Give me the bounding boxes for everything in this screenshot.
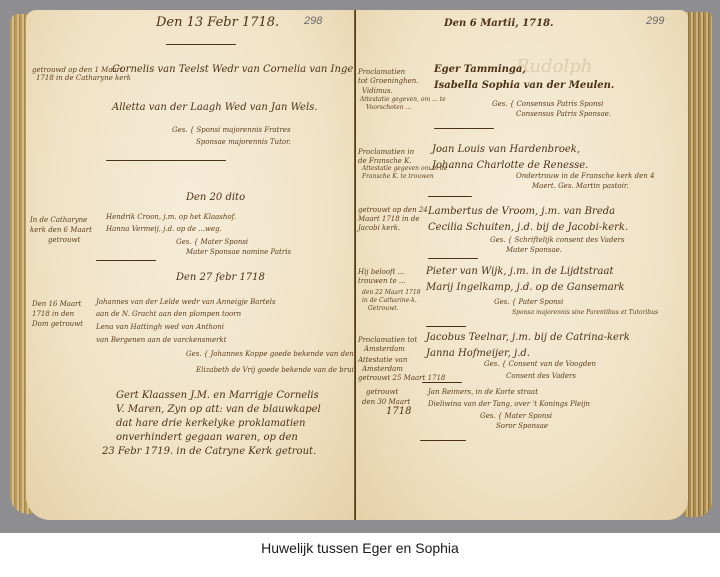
consent-line: Soror Sponsae — [496, 422, 548, 430]
divider — [428, 196, 472, 197]
margin-note: 1718 in den — [32, 310, 74, 318]
entry-line: Marij Ingelkamp, j.d. op de Gansemark — [426, 282, 625, 294]
entry-line: Lambertus de Vroom, j.m. van Breda — [428, 206, 615, 218]
consent-line: Maert. Ges. Martin pastoir. — [532, 182, 629, 190]
entry-line: Joan Louis van Hardenbroek, — [432, 144, 580, 156]
note-line: V. Maren, Zyn op att: van de blauwkapel — [116, 404, 321, 416]
consent-line: Mater Sponsae nomine Patris — [186, 248, 291, 256]
margin-note: Proclamatien tot — [358, 336, 417, 344]
entry-line: Jan Reimers, in de Korte straat — [428, 388, 538, 396]
consent-line: Ges. { Sponsi majorennis Fratres — [172, 126, 291, 134]
consent-line: Ges. { Mater Sponsi — [176, 238, 248, 246]
margin-note: Getrouwt. — [368, 306, 399, 313]
margin-note: Voorschoten ... — [366, 105, 411, 112]
consent-line: Ondertrouw in de Fransche kerk den 4 — [516, 172, 654, 180]
consent-line: Ges. { Mater Sponsi — [480, 412, 552, 420]
entry-heading: Den 20 dito — [186, 192, 245, 204]
margin-note: den 22 Maart 1718 — [362, 290, 420, 297]
right-page: Rudolph Den 6 Martii, 1718. 299 Proclama… — [356, 10, 688, 520]
entry-line: Jacobus Teelnar, j.m. bij de Catrina-ker… — [426, 332, 630, 344]
consent-line: Ges. { Schriftelijk consent des Vaders — [490, 236, 624, 244]
margin-note: In de Catharyne — [30, 216, 87, 224]
margin-note: den 30 Maart — [362, 398, 410, 406]
margin-note: getrouwt op den 24 — [358, 206, 428, 214]
margin-note: trouwen te ... — [358, 277, 406, 285]
divider — [420, 440, 466, 441]
entry-line: Pieter van Wijk, j.m. in de Lijdtstraat — [426, 266, 613, 278]
margin-note: Attestatie gegeven, om ... te — [360, 97, 446, 104]
consent-line: Elizabeth de Vrij goede bekende van de b… — [196, 366, 358, 374]
divider — [96, 260, 156, 261]
margin-note: Proclamatien — [358, 68, 405, 76]
entry-line: Alletta van der Laagh Wed van Jan Wels. — [112, 102, 317, 114]
entry-heading: Den 27 febr 1718 — [176, 272, 265, 284]
right-date-heading: Den 6 Martii, 1718. — [444, 18, 554, 30]
margin-note: Maart 1718 in de — [358, 215, 420, 223]
consent-line: Ges. { Pater Sponsi — [494, 298, 563, 306]
entry-line: Dieliwina van der Tang, over 't Konings … — [428, 400, 590, 408]
margin-note: in de Catharine-k. — [362, 298, 417, 305]
divider — [422, 382, 462, 383]
margin-note: getrouwd op den 1 Maart — [32, 66, 123, 74]
margin-note: tot Groeninghen. — [358, 77, 418, 85]
consent-line: Ges. { Consent van de Voogden — [484, 360, 596, 368]
divider — [166, 44, 236, 45]
entry-line-groom: Eger Tamminga, — [434, 64, 526, 76]
consent-line: Consensus Patris Sponsae. — [516, 110, 611, 118]
entry-line: Hendrik Croon, j.m. op het Klaashof. — [106, 213, 236, 221]
margin-note: Amsterdam — [362, 365, 403, 373]
margin-note: Jacobi kerk. — [358, 224, 400, 232]
margin-note: getrouwt — [48, 236, 80, 244]
divider — [434, 128, 494, 129]
note-line: Gert Klaassen J.M. en Marrigje Cornelis — [116, 390, 319, 402]
divider — [106, 160, 226, 161]
consent-line: Sponsae majorennis Tutor. — [196, 138, 291, 146]
left-page-number: 298 — [304, 15, 322, 27]
margin-note: Hij belooft ... — [358, 268, 404, 276]
entry-line: Lena van Hattingh wed van Anthoni — [96, 323, 224, 331]
entry-line: Cecilia Schuiten, j.d. bij de Jacobi-ker… — [428, 222, 628, 234]
open-register-book: Den 13 Febr 1718. 298 getrouwd op den 1 … — [4, 4, 716, 528]
consent-line: Mater Sponsae. — [506, 246, 562, 254]
bleed-through-text: Rudolph — [516, 56, 592, 77]
margin-note: Proclamatien in — [358, 148, 414, 156]
divider — [426, 326, 466, 327]
margin-note: getrouwt — [366, 388, 398, 396]
left-date-heading: Den 13 Febr 1718. — [156, 16, 279, 31]
margin-note: Vidimus. — [362, 87, 393, 95]
left-page: Den 13 Febr 1718. 298 getrouwd op den 1 … — [26, 10, 356, 520]
note-line: onverhindert gegaan waren, op den — [116, 432, 298, 444]
entry-line: van Bergenen aan de varckensmerkt — [96, 336, 227, 344]
consent-line: Consent des Vaders — [506, 372, 576, 380]
entry-line: Johanna Charlotte de Renesse. — [432, 160, 588, 172]
margin-note: Amsterdam — [364, 345, 405, 353]
image-caption: Huwelijk tussen Eger en Sophia — [0, 540, 720, 556]
entry-line: Cornelis van Teelst Wedr van Cornelia va… — [112, 64, 360, 76]
margin-note: getrouwt 25 Maart 1718 — [358, 374, 445, 382]
margin-note: kerk den 6 Maart — [30, 226, 92, 234]
margin-note: Dom getrouwt — [32, 320, 83, 328]
margin-note: Den 16 Maart — [32, 300, 81, 308]
divider — [428, 258, 478, 259]
margin-note: Fransche K. te trouwen — [362, 174, 434, 181]
manuscript-photo: Den 13 Febr 1718. 298 getrouwd op den 1 … — [0, 0, 720, 533]
entry-line: Hanna Vermeij, j.d. op de ...weg. — [106, 225, 222, 233]
entry-line: Johannes van der Lelde wedr van Anneigje… — [96, 298, 276, 306]
note-line: 23 Febr 1719. in de Catryne Kerk getrout… — [102, 446, 316, 458]
entry-line: Janna Hofmeijer, j.d. — [426, 348, 530, 360]
entry-line-bride: Isabella Sophia van der Meulen. — [434, 80, 614, 92]
entry-line: aan de N. Gracht aan den plompen toorn — [96, 310, 241, 318]
consent-line: Sponsa majorennis sine Parentibus et Tut… — [512, 310, 658, 317]
consent-line: Ges. { Consensus Patris Sponsi — [492, 100, 603, 108]
book-edge-right — [684, 12, 712, 517]
margin-note: de Fransche K. — [358, 157, 412, 165]
margin-note: 1718 — [386, 406, 411, 418]
margin-note: Attestatie van — [358, 356, 407, 364]
note-line: dat hare drie kerkelyke proklamatien — [116, 418, 306, 430]
right-page-number: 299 — [646, 15, 664, 27]
